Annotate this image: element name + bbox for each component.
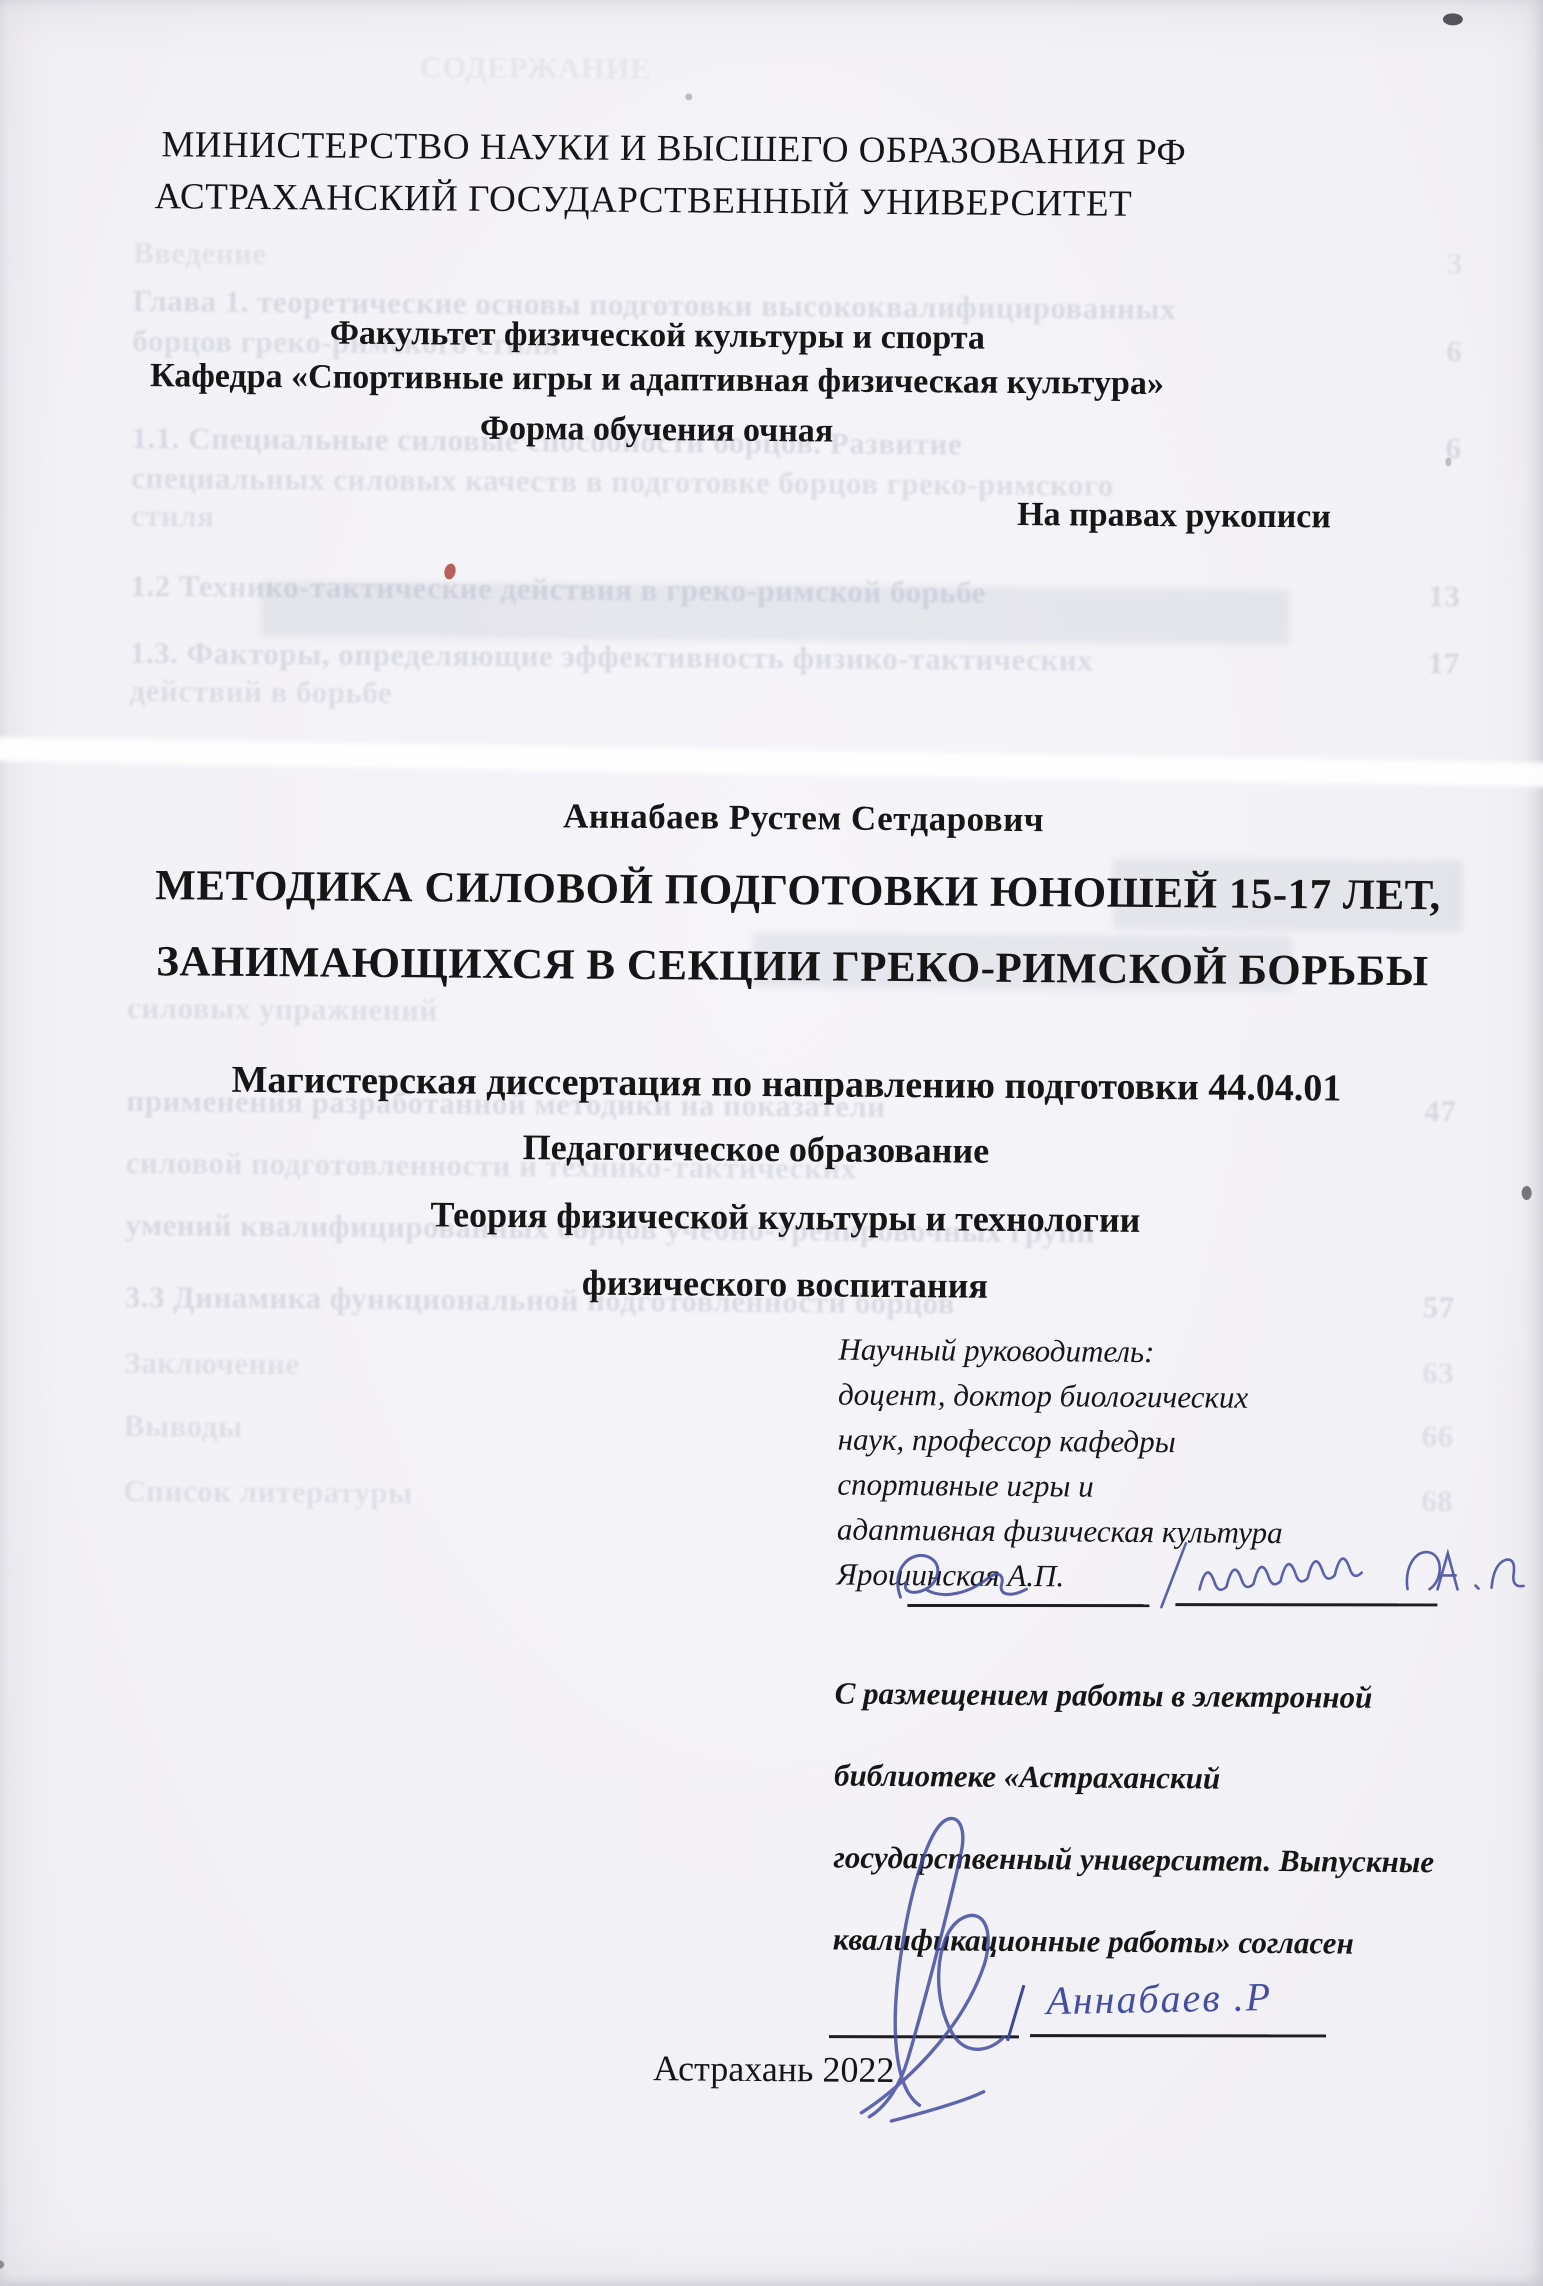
student-signature-ink <box>829 1793 1062 2125</box>
ministry-line: МИНИСТЕРСТВО НАУКИ И ВЫСШЕГО ОБРАЗОВАНИЯ… <box>0 122 1349 176</box>
degree-line: Магистерская диссертация по направлению … <box>41 1056 1531 1112</box>
supervisor-label: Научный руководитель: <box>838 1327 1378 1376</box>
profile-line1: Теория физической культуры и технологии <box>40 1190 1530 1244</box>
study-form-line: Форма обучения очная <box>0 406 1317 454</box>
department-line: Кафедра «Спортивные игры и адаптивная фи… <box>0 356 1317 404</box>
program-line: Педагогическое образование <box>0 1122 1521 1176</box>
supervisor-signature-script <box>1145 1535 1536 1616</box>
thesis-title-line2: ЗАНИМАЮЩИХСЯ В СЕКЦИИ ГРЕКО-РИМСКОЙ БОРЬ… <box>52 936 1532 997</box>
consent-line: С размещением работы в электронной <box>834 1653 1455 1740</box>
profile-line2: физического воспитания <box>40 1257 1530 1311</box>
scan-speck <box>1443 13 1463 25</box>
scan-speck <box>1522 1186 1532 1200</box>
scanned-thesis-title-page: СОДЕРЖАНИЕВведение3Глава 1. теоретически… <box>0 0 1543 2286</box>
faculty-line: Факультет физической культуры и спорта <box>0 312 1317 360</box>
author-name: Аннабаев Рустем Сетдарович <box>73 793 1533 844</box>
supervisor-signature-ink <box>880 1543 1051 1614</box>
supervisor-line: наук, профессор кафедры <box>838 1417 1378 1466</box>
student-name-underline <box>1030 2034 1326 2037</box>
student-signature-script: Аннабаев .Р <box>1046 1973 1273 2024</box>
scan-speck <box>1445 457 1451 466</box>
university-line: АСТРАХАНСКИЙ ГОСУДАРСТВЕННЫЙ УНИВЕРСИТЕТ <box>0 174 1289 227</box>
thesis-title-line1: МЕТОДИКА СИЛОВОЙ ПОДГОТОВКИ ЮНОШЕЙ 15-17… <box>53 860 1543 921</box>
scan-speck <box>685 93 692 100</box>
supervisor-line: доцент, доктор биологических <box>838 1372 1378 1421</box>
supervisor-line: спортивные игры и <box>837 1462 1377 1511</box>
manuscript-note: На правах рукописи <box>1017 496 1331 536</box>
